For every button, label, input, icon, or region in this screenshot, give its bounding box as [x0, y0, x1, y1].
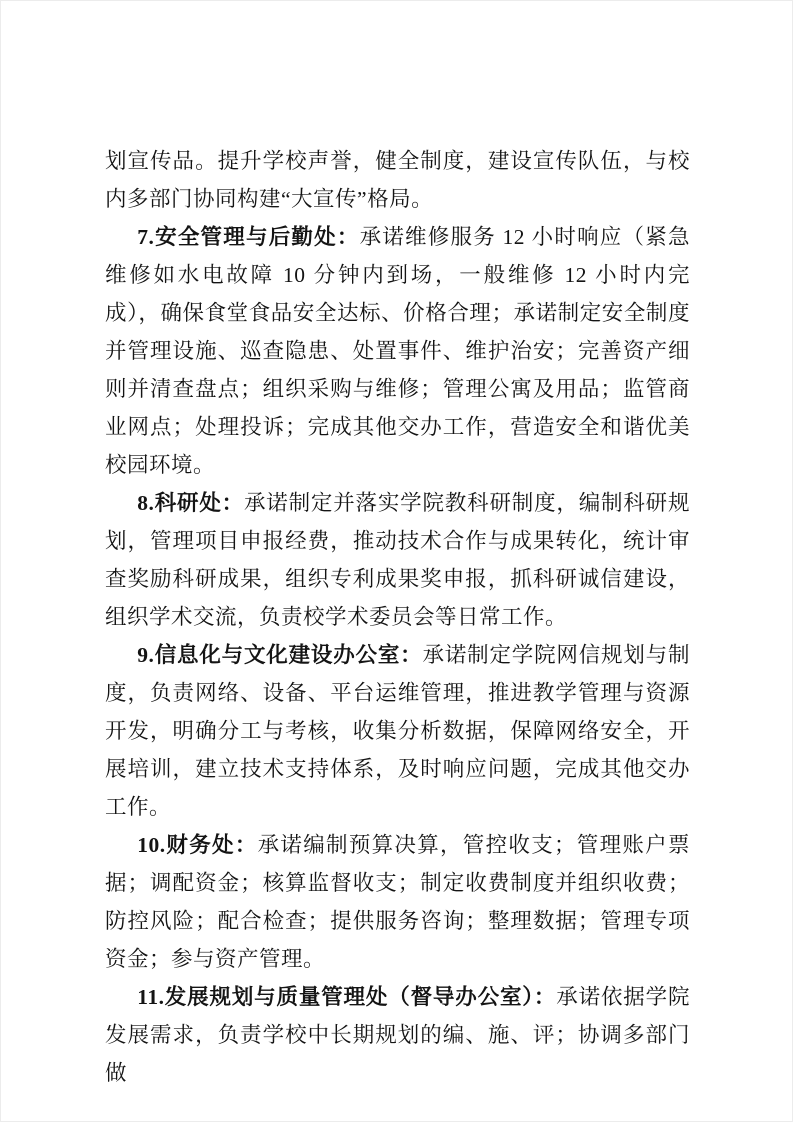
document-body-text: 划宣传品。提升学校声誉，健全制度，建设宣传队伍，与校内多部门协同构建“大宣传”格… — [105, 142, 690, 1092]
department-9-heading: 9.信息化与文化建设办公室： — [137, 643, 422, 667]
department-10-heading: 10.财务处： — [137, 833, 257, 857]
department-item-9: 9.信息化与文化建设办公室：承诺制定学院网信规划与制度，负责网络、设备、平台运维… — [105, 636, 690, 826]
department-item-7: 7.安全管理与后勤处：承诺维修服务 12 小时响应（紧急维修如水电故障 10 分… — [105, 218, 690, 484]
department-item-11: 11.发展规划与质量管理处（督导办公室）：承诺依据学院发展需求，负责学校中长期规… — [105, 978, 690, 1092]
department-9-body: 承诺制定学院网信规划与制度，负责网络、设备、平台运维管理，推进教学管理与资源开发… — [105, 643, 690, 819]
department-8-heading: 8.科研处： — [137, 491, 244, 515]
department-item-10: 10.财务处：承诺编制预算决算，管控收支；管理账户票据；调配资金；核算监督收支；… — [105, 826, 690, 978]
department-7-body: 承诺维修服务 12 小时响应（紧急维修如水电故障 10 分钟内到场，一般维修 1… — [105, 225, 690, 477]
department-7-heading: 7.安全管理与后勤处： — [137, 225, 359, 249]
document-page: 划宣传品。提升学校声誉，健全制度，建设宣传队伍，与校内多部门协同构建“大宣传”格… — [0, 0, 793, 1122]
department-11-heading: 11.发展规划与质量管理处（督导办公室）： — [137, 985, 556, 1009]
paragraph-continuation: 划宣传品。提升学校声誉，健全制度，建设宣传队伍，与校内多部门协同构建“大宣传”格… — [105, 142, 690, 218]
department-item-8: 8.科研处：承诺制定并落实学院教科研制度，编制科研规划，管理项目申报经费，推动技… — [105, 484, 690, 636]
